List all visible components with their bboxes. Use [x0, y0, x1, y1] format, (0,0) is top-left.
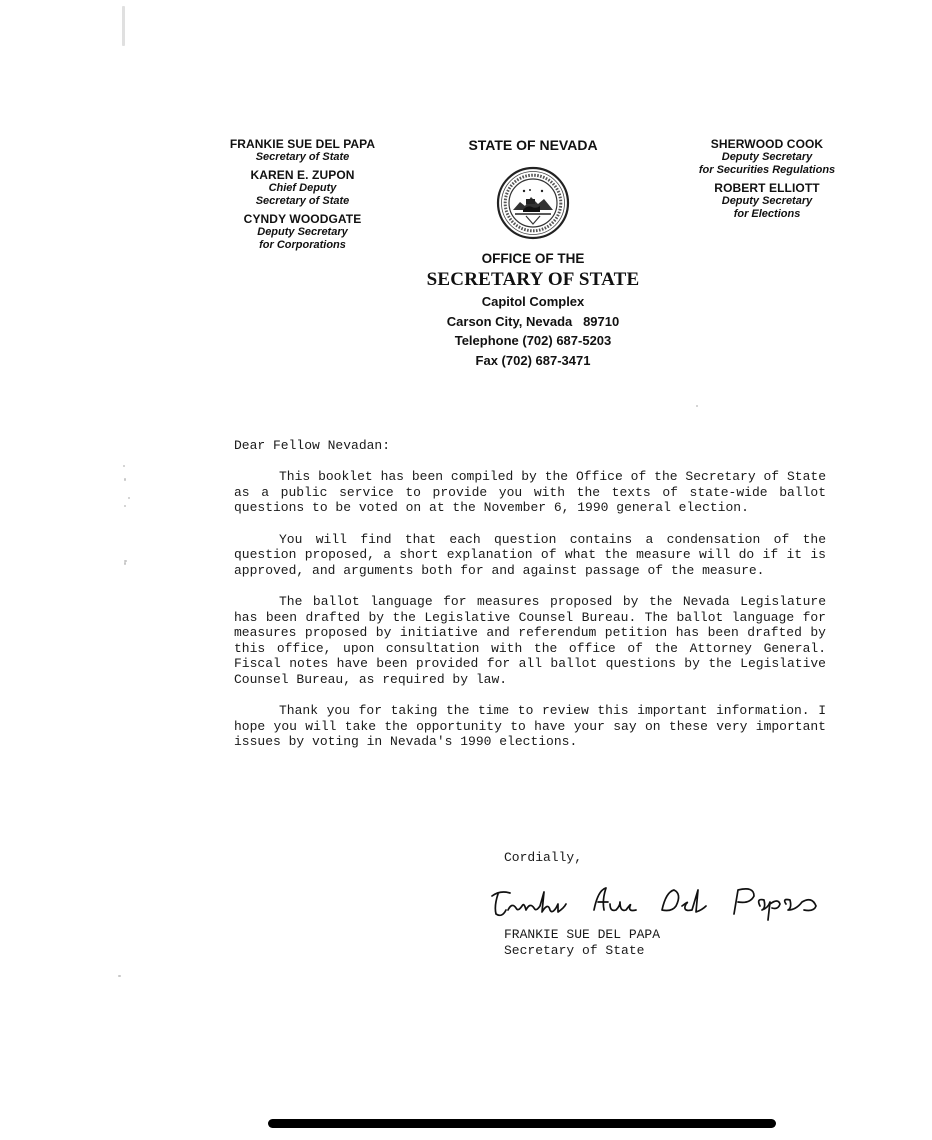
paragraph: You will find that each question contain…: [234, 532, 826, 579]
staff-role: Deputy Secretary: [672, 151, 862, 164]
scan-artifact: [123, 465, 125, 467]
telephone-line: Telephone (702) 687-5203: [413, 331, 653, 351]
scan-artifact: [124, 562, 126, 565]
scan-artifact: [124, 505, 126, 507]
paragraph: This booklet has been compiled by the Of…: [234, 469, 826, 516]
office-of-label: OFFICE OF THE: [413, 250, 653, 268]
address-line: Capitol Complex: [413, 292, 653, 312]
staff-name: SHERWOOD COOK: [672, 137, 862, 151]
staff-entry: KAREN E. ZUPONChief DeputySecretary of S…: [205, 168, 400, 208]
staff-name: KAREN E. ZUPON: [205, 168, 400, 182]
home-indicator-bar[interactable]: [268, 1119, 776, 1128]
staff-entry: CYNDY WOODGATEDeputy Secretaryfor Corpor…: [205, 212, 400, 252]
staff-name: FRANKIE SUE DEL PAPA: [205, 137, 400, 151]
letterhead-right-column: SHERWOOD COOKDeputy Secretaryfor Securit…: [672, 137, 862, 225]
scan-artifact: [696, 405, 698, 407]
staff-role: Chief Deputy: [205, 182, 400, 195]
letter-body: Dear Fellow Nevadan: This booklet has be…: [234, 438, 826, 765]
signer-title: Secretary of State: [504, 943, 660, 959]
staff-role: for Corporations: [205, 239, 400, 252]
office-name: SECRETARY OF STATE: [413, 268, 653, 292]
staff-entry: ROBERT ELLIOTTDeputy Secretaryfor Electi…: [672, 181, 862, 221]
address-line: Carson City, Nevada 89710: [413, 312, 653, 332]
signer-name: FRANKIE SUE DEL PAPA: [504, 927, 660, 943]
staff-name: ROBERT ELLIOTT: [672, 181, 862, 195]
scan-artifact: [124, 478, 126, 481]
staff-name: CYNDY WOODGATE: [205, 212, 400, 226]
paragraph: The ballot language for measures propose…: [234, 594, 826, 688]
scan-artifact: [118, 975, 121, 977]
staff-role: Secretary of State: [205, 195, 400, 208]
paragraph: Thank you for taking the time to review …: [234, 703, 826, 750]
staff-entry: FRANKIE SUE DEL PAPASecretary of State: [205, 137, 400, 164]
staff-role: Deputy Secretary: [205, 226, 400, 239]
staff-entry: SHERWOOD COOKDeputy Secretaryfor Securit…: [672, 137, 862, 177]
office-block: OFFICE OF THE SECRETARY OF STATE Capitol…: [413, 250, 653, 370]
fax-line: Fax (702) 687-3471: [413, 351, 653, 371]
state-title: STATE OF NEVADA: [413, 137, 653, 153]
staff-role: for Elections: [672, 208, 862, 221]
salutation: Dear Fellow Nevadan:: [234, 438, 826, 454]
nevada-state-seal-icon: [496, 166, 570, 240]
scan-artifact: [122, 6, 125, 46]
scanned-letter-page: FRANKIE SUE DEL PAPASecretary of StateKA…: [0, 0, 932, 1140]
staff-role: Secretary of State: [205, 151, 400, 164]
scan-artifact: [128, 497, 130, 499]
handwritten-signature-icon: [486, 880, 826, 926]
staff-role: Deputy Secretary: [672, 195, 862, 208]
closing: Cordially,: [504, 850, 582, 866]
letterhead-left-column: FRANKIE SUE DEL PAPASecretary of StateKA…: [205, 137, 400, 256]
staff-role: for Securities Regulations: [672, 164, 862, 177]
signer-block: FRANKIE SUE DEL PAPA Secretary of State: [504, 927, 660, 958]
